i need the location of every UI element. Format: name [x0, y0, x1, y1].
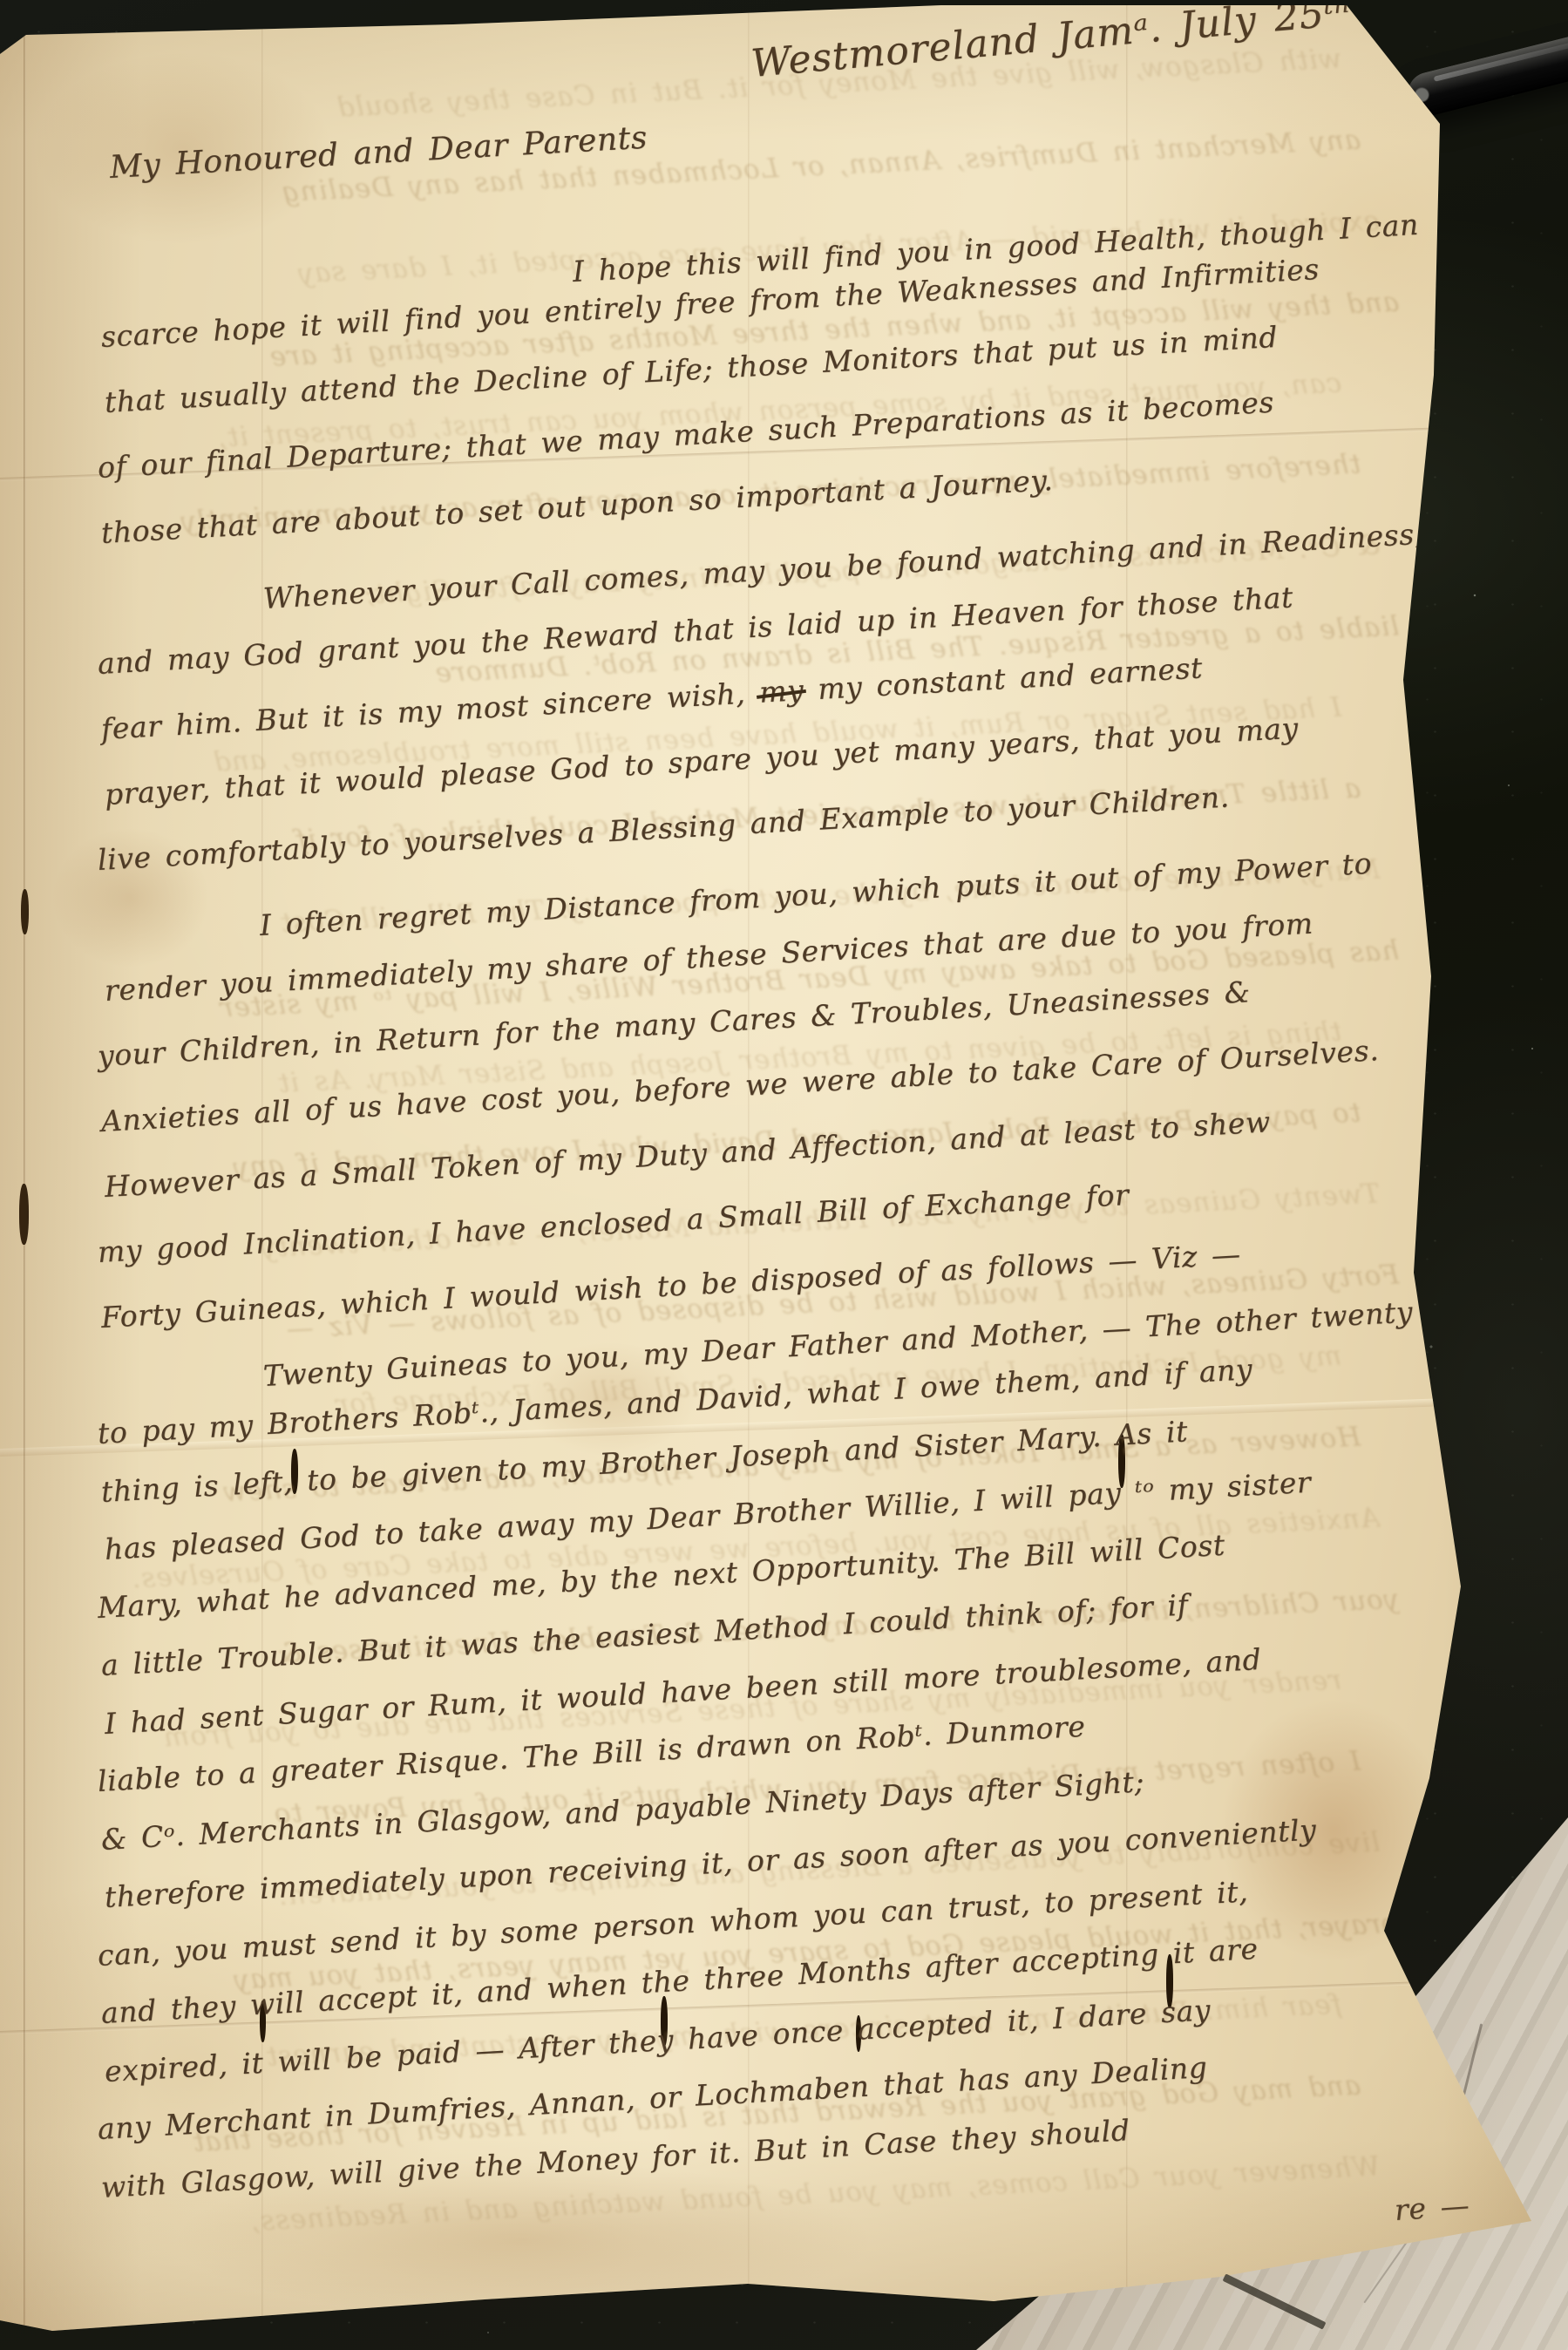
struck-out-word: my: [758, 673, 804, 710]
photograph-of-letter: { "scene": { "description": "photograph …: [0, 0, 1568, 2350]
bleedthrough-line: with Glasgow, will give the Money for it…: [35, 43, 1342, 138]
fold-tear: [21, 889, 29, 934]
vertical-fold-crease: [24, 0, 26, 2350]
fold-tear: [19, 1184, 29, 1245]
letter-paper: with Glasgow, will give the Money for it…: [0, 0, 1568, 2350]
catchword: re —: [1394, 2188, 1471, 2227]
salutation: My Honoured and Dear Parents: [109, 120, 648, 186]
